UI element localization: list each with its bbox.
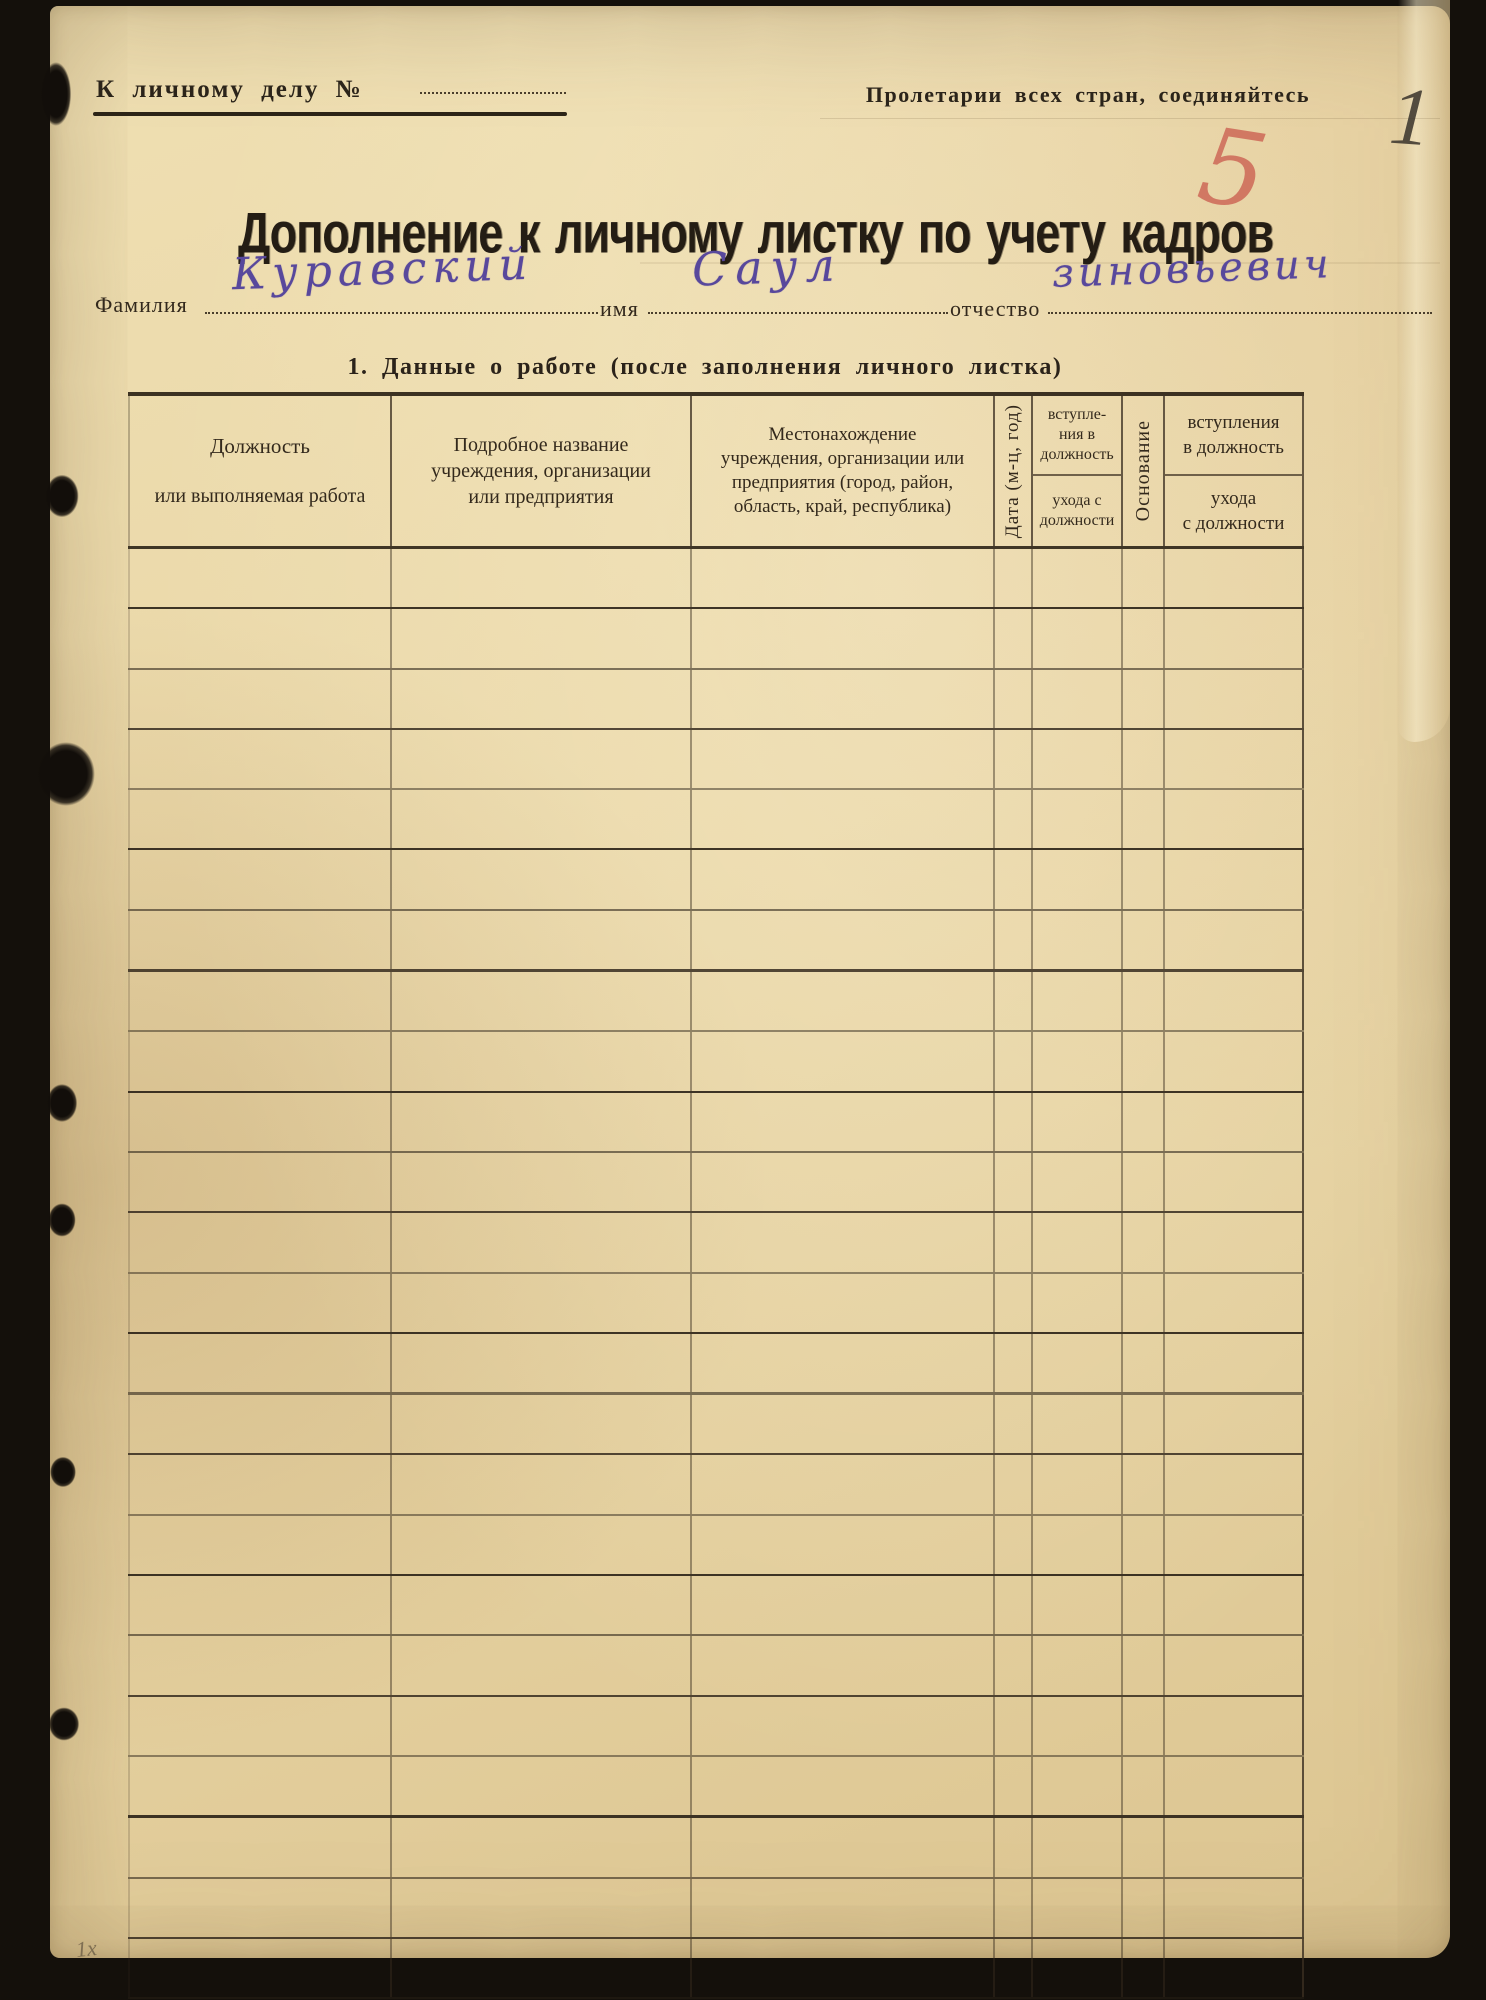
empty-cell [1165,609,1304,667]
empty-cell [995,850,1033,908]
table-row [128,670,1304,730]
table-row [128,1757,1304,1818]
empty-cell [1123,1576,1165,1634]
column-header-location: Местонахождение учреждения, организации … [692,396,995,546]
empty-cell [1165,911,1304,969]
empty-cell [392,790,692,848]
empty-cell [692,670,995,728]
empty-cell [392,1274,692,1332]
empty-cell [1033,1213,1123,1271]
empty-cell [128,1636,392,1694]
empty-cell [128,670,392,728]
empty-cell [995,1274,1033,1332]
empty-cell [1123,1879,1165,1937]
empty-cell [1033,1576,1123,1634]
empty-cell [392,911,692,969]
empty-cell [995,730,1033,788]
empty-cell [1033,1516,1123,1574]
empty-cell [392,1818,692,1876]
empty-cell [1123,911,1165,969]
empty-cell [995,1697,1033,1755]
empty-cell [392,609,692,667]
empty-cell [392,549,692,607]
empty-cell [995,790,1033,848]
empty-cell [128,790,392,848]
empty-cell [128,1939,392,1997]
empty-cell [1123,730,1165,788]
empty-cell [392,1516,692,1574]
empty-cell [392,1334,692,1392]
table-row [128,1516,1304,1576]
empty-cell [392,1093,692,1151]
table-row [128,1093,1304,1153]
empty-cell [392,850,692,908]
table-row [128,730,1304,790]
empty-cell [995,1818,1033,1876]
table-row [128,1395,1304,1455]
empty-cell [1123,670,1165,728]
empty-cell [1123,1939,1165,1997]
empty-cell [128,1516,392,1574]
empty-cell [1033,1757,1123,1815]
empty-cell [1165,1636,1304,1694]
empty-cell [995,1334,1033,1392]
empty-cell [1123,790,1165,848]
empty-cell [392,1879,692,1937]
empty-cell [995,609,1033,667]
empty-cell [995,1395,1033,1453]
table-row [128,1939,1304,1999]
empty-cell [392,670,692,728]
empty-cell [1033,670,1123,728]
empty-cell [128,1213,392,1271]
table-row [128,1334,1304,1395]
empty-cell [1123,1395,1165,1453]
empty-cell [1165,1939,1304,1997]
dotted-line [648,310,948,314]
column-header-date-start-end: вступле- ния в должность ухода с должнос… [1033,396,1123,546]
table-row [128,609,1304,669]
column-header-date-group: Дата (м-ц, год) [995,396,1033,546]
table-row [128,549,1304,609]
empty-cell [692,1818,995,1876]
empty-cell [995,670,1033,728]
empty-cell [392,1032,692,1090]
empty-cell [995,911,1033,969]
rule-line [93,112,567,116]
empty-cell [692,1939,995,1997]
table-row [128,1576,1304,1636]
empty-cell [692,1879,995,1937]
empty-cell [692,1093,995,1151]
empty-cell [1123,1818,1165,1876]
column-header-date-start: вступле- ния в должность [1033,396,1121,476]
empty-cell [692,730,995,788]
empty-cell [1033,1455,1123,1513]
table-row [128,850,1304,910]
column-header-entry-exit: вступления в должность ухода с должности [1165,396,1304,546]
empty-cell [1165,670,1304,728]
empty-cell [1165,1153,1304,1211]
empty-cell [692,911,995,969]
empty-cell [1033,1093,1123,1151]
empty-cell [128,1395,392,1453]
empty-cell [692,609,995,667]
table-row [128,1879,1304,1939]
empty-cell [995,1032,1033,1090]
empty-cell [692,1395,995,1453]
empty-cell [1123,1032,1165,1090]
empty-cell [1033,850,1123,908]
empty-cell [128,1576,392,1634]
table-row [128,1636,1304,1696]
empty-cell [692,1576,995,1634]
empty-cell [128,730,392,788]
empty-cell [995,549,1033,607]
empty-cell [128,1032,392,1090]
empty-cell [1033,1153,1123,1211]
empty-cell [995,1636,1033,1694]
empty-cell [1123,1757,1165,1815]
empty-cell [692,549,995,607]
empty-cell [1165,1576,1304,1634]
column-header-basis: Основание [1123,396,1165,546]
empty-cell [128,911,392,969]
empty-cell [1123,1093,1165,1151]
table-row [128,1697,1304,1757]
empty-cell [1165,730,1304,788]
work-history-table: Должность или выполняемая работа Подробн… [128,392,1304,1999]
table-row [128,972,1304,1032]
empty-cell [995,1939,1033,1997]
torn-edge-mark [44,1198,80,1242]
empty-cell [1123,1516,1165,1574]
empty-cell [392,1455,692,1513]
empty-cell [128,1818,392,1876]
empty-cell [692,1213,995,1271]
empty-cell [1123,1153,1165,1211]
empty-cell [1123,549,1165,607]
empty-cell [392,730,692,788]
empty-cell [1033,1818,1123,1876]
empty-cell [1123,1274,1165,1332]
empty-cell [1165,1093,1304,1151]
empty-cell [128,1153,392,1211]
empty-cell [1165,1213,1304,1271]
empty-cell [128,1274,392,1332]
table-header-row: Должность или выполняемая работа Подробн… [128,396,1304,549]
empty-cell [1033,609,1123,667]
column-header-position: Должность или выполняемая работа [128,396,392,546]
empty-cell [1165,1274,1304,1332]
empty-cell [1123,1697,1165,1755]
column-header-exit: ухода с должности [1165,476,1302,546]
empty-cell [995,1516,1033,1574]
empty-cell [392,1697,692,1755]
empty-cell [392,1395,692,1453]
crease-line [820,118,1440,119]
table-row [128,1274,1304,1334]
empty-cell [392,1576,692,1634]
section-title: 1. Данные о работе (после заполнения лич… [300,354,1110,381]
empty-cell [128,1757,392,1815]
empty-cell [995,1093,1033,1151]
scanned-document: К личному делу № Пролетарии всех стран, … [0,0,1486,2000]
table-row [128,790,1304,850]
empty-cell [995,1576,1033,1634]
patronymic-handwritten: зиновьевич [1051,241,1333,297]
empty-cell [1165,549,1304,607]
empty-cell [1165,1334,1304,1392]
slogan-text: Пролетарии всех стран, соединяйтесь [800,82,1310,108]
empty-cell [1165,850,1304,908]
table-row [128,911,1304,972]
empty-cell [1033,1334,1123,1392]
empty-cell [692,1032,995,1090]
empty-cell [1165,790,1304,848]
empty-cell [128,549,392,607]
empty-cell [692,1516,995,1574]
column-header-organization: Подробное название учреждения, организац… [392,396,692,546]
empty-cell [692,1455,995,1513]
empty-cell [692,1757,995,1815]
empty-cell [128,1093,392,1151]
empty-cell [692,1334,995,1392]
empty-cell [392,1213,692,1271]
empty-cell [1123,850,1165,908]
table-row [128,1818,1304,1878]
table-row [128,1153,1304,1213]
empty-cell [1033,549,1123,607]
empty-cell [692,850,995,908]
table-body [128,549,1304,1999]
empty-cell [1165,1455,1304,1513]
dotted-line [205,310,598,314]
firstname-handwritten: Саул [691,237,843,296]
empty-cell [392,1153,692,1211]
empty-cell [692,1636,995,1694]
empty-cell [392,1939,692,1997]
empty-cell [392,1757,692,1815]
empty-cell [128,850,392,908]
empty-cell [128,1455,392,1513]
table-row [128,1455,1304,1515]
empty-cell [1033,1939,1123,1997]
empty-cell [995,972,1033,1030]
empty-cell [392,972,692,1030]
column-header-entry: вступления в должность [1165,396,1302,476]
empty-cell [1165,1818,1304,1876]
empty-cell [1123,1455,1165,1513]
empty-cell [1165,1757,1304,1815]
empty-cell [1165,972,1304,1030]
empty-cell [1033,1697,1123,1755]
empty-cell [1165,1697,1304,1755]
empty-cell [692,972,995,1030]
patronymic-label: отчество [950,296,1040,322]
page-number-mark: 1 [1387,69,1434,166]
empty-cell [128,1697,392,1755]
dotted-line [1048,310,1432,314]
empty-cell [1033,911,1123,969]
empty-cell [1033,1274,1123,1332]
empty-cell [1123,1334,1165,1392]
empty-cell [995,1455,1033,1513]
dotted-line [420,90,566,94]
empty-cell [1033,1032,1123,1090]
empty-cell [1033,1636,1123,1694]
empty-cell [1123,972,1165,1030]
surname-label: Фамилия [95,292,188,318]
empty-cell [692,1153,995,1211]
empty-cell [1123,1636,1165,1694]
empty-cell [1033,790,1123,848]
empty-cell [1123,609,1165,667]
table-row [128,1213,1304,1273]
empty-cell [692,790,995,848]
surname-handwritten: Куравский [231,239,534,300]
empty-cell [128,1879,392,1937]
empty-cell [692,1697,995,1755]
empty-cell [1123,1213,1165,1271]
empty-cell [692,1274,995,1332]
empty-cell [1165,1395,1304,1453]
corner-pencil-mark: 1х [75,1935,98,1963]
empty-cell [1033,972,1123,1030]
empty-cell [1165,1032,1304,1090]
empty-cell [128,609,392,667]
empty-cell [128,1334,392,1392]
firstname-label: имя [600,296,639,322]
empty-cell [128,972,392,1030]
column-header-date-end: ухода с должности [1033,476,1121,546]
empty-cell [1033,1879,1123,1937]
empty-cell [995,1879,1033,1937]
torn-edge-mark [28,732,104,816]
empty-cell [1165,1879,1304,1937]
empty-cell [392,1636,692,1694]
empty-cell [1165,1516,1304,1574]
empty-cell [995,1213,1033,1271]
table-row [128,1032,1304,1092]
torn-edge-mark [46,1452,80,1492]
empty-cell [995,1757,1033,1815]
empty-cell [1033,730,1123,788]
torn-edge-mark [44,1702,84,1746]
empty-cell [1033,1395,1123,1453]
empty-cell [995,1153,1033,1211]
case-file-label: К личному делу № [96,76,363,104]
